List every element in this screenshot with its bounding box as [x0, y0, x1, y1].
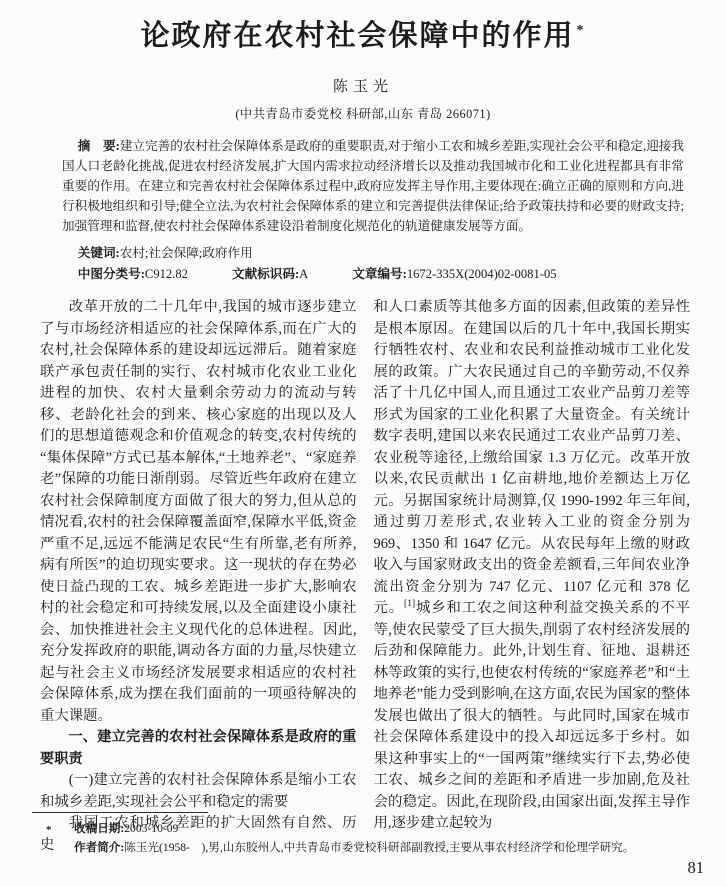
author-affiliation: (中共青岛市委党校 科研部,山东 青岛 266071) [0, 104, 726, 122]
keywords-text: 农村;社会保障;政府作用 [120, 246, 253, 260]
page-number: 81 [688, 858, 705, 878]
front-matter: 摘 要:建立完善的农村社会保障体系是政府的重要职责,对于缩小工农和城乡差距,实现… [62, 136, 684, 284]
received-date-label: 收稿日期: [74, 822, 124, 835]
body-paragraph-continued: 和人口素质等其他多方面的因素,但政策的差异性是根本原因。在建国以后的几十年中,我… [374, 297, 691, 835]
document-code-label: 文献标识码: [232, 267, 299, 281]
keywords-line: 关键词:农村;社会保障;政府作用 [62, 243, 684, 263]
article-number-label: 文章编号: [352, 267, 407, 281]
document-code: 文献标识码:A [232, 267, 308, 281]
keywords-label: 关键词: [78, 246, 120, 260]
citation-reference: [1] [404, 599, 415, 609]
author-name: 陈玉光 [0, 75, 726, 96]
title-footnote-marker: * [577, 23, 586, 38]
clc-label: 中图分类号: [78, 267, 145, 281]
footnote-received-line: *收稿日期:2003-10-09 [32, 819, 690, 838]
article-title: 论政府在农村社会保障中的作用* [0, 13, 726, 54]
body-paragraph: 改革开放的二十几年中,我国的城市逐步建立了与市场经济相适应的社会保障体系,而在广… [40, 297, 357, 727]
body-columns: 改革开放的二十几年中,我国的城市逐步建立了与市场经济相适应的社会保障体系,而在广… [40, 297, 690, 856]
author-bio-label: 作者简介: [74, 841, 124, 854]
abstract-text: 建立完善的农村社会保障体系是政府的重要职责,对于缩小工农和城乡差距,实现社会公平… [62, 139, 684, 233]
received-date-value: 2003-10-09 [124, 822, 178, 835]
footnote-block: *收稿日期:2003-10-09 作者简介:陈玉光(1958- ),男,山东胶州… [32, 812, 690, 857]
author-bio-text: 陈玉光(1958- ),男,山东胶州人,中共青岛市委党校科研部副教授,主要从事农… [124, 841, 634, 854]
article-number-value: 1672-335X(2004)02-0081-05 [407, 267, 557, 281]
footnote-divider [32, 812, 208, 813]
article-title-text: 论政府在农村社会保障中的作用 [140, 20, 574, 52]
classification-line: 中图分类号:C912.82文献标识码:A文章编号:1672-335X(2004)… [62, 264, 684, 284]
right-column: 和人口素质等其他多方面的因素,但政策的差异性是根本原因。在建国以后的几十年中,我… [374, 297, 691, 856]
section-heading: 一、建立完善的农村社会保障体系是政府的重要职责 [40, 727, 357, 770]
clc-value: C912.82 [145, 267, 188, 281]
footnote-bio-line: 作者简介:陈玉光(1958- ),男,山东胶州人,中共青岛市委党校科研部副教授,… [32, 838, 690, 857]
article-number: 文章编号:1672-335X(2004)02-0081-05 [352, 267, 556, 281]
abstract-paragraph: 摘 要:建立完善的农村社会保障体系是政府的重要职责,对于缩小工农和城乡差距,实现… [62, 136, 684, 236]
abstract-label: 摘 要: [78, 139, 120, 153]
clc-number: 中图分类号:C912.82 [78, 267, 188, 281]
subsection-heading: (一)建立完善的农村社会保障体系是缩小工农和城乡差距,实现社会公平和稳定的需要 [40, 770, 357, 813]
document-code-value: A [299, 267, 308, 281]
left-column: 改革开放的二十几年中,我国的城市逐步建立了与市场经济相适应的社会保障体系,而在广… [40, 297, 357, 856]
journal-article-page: 论政府在农村社会保障中的作用* 陈玉光 (中共青岛市委党校 科研部,山东 青岛 … [0, 0, 726, 886]
